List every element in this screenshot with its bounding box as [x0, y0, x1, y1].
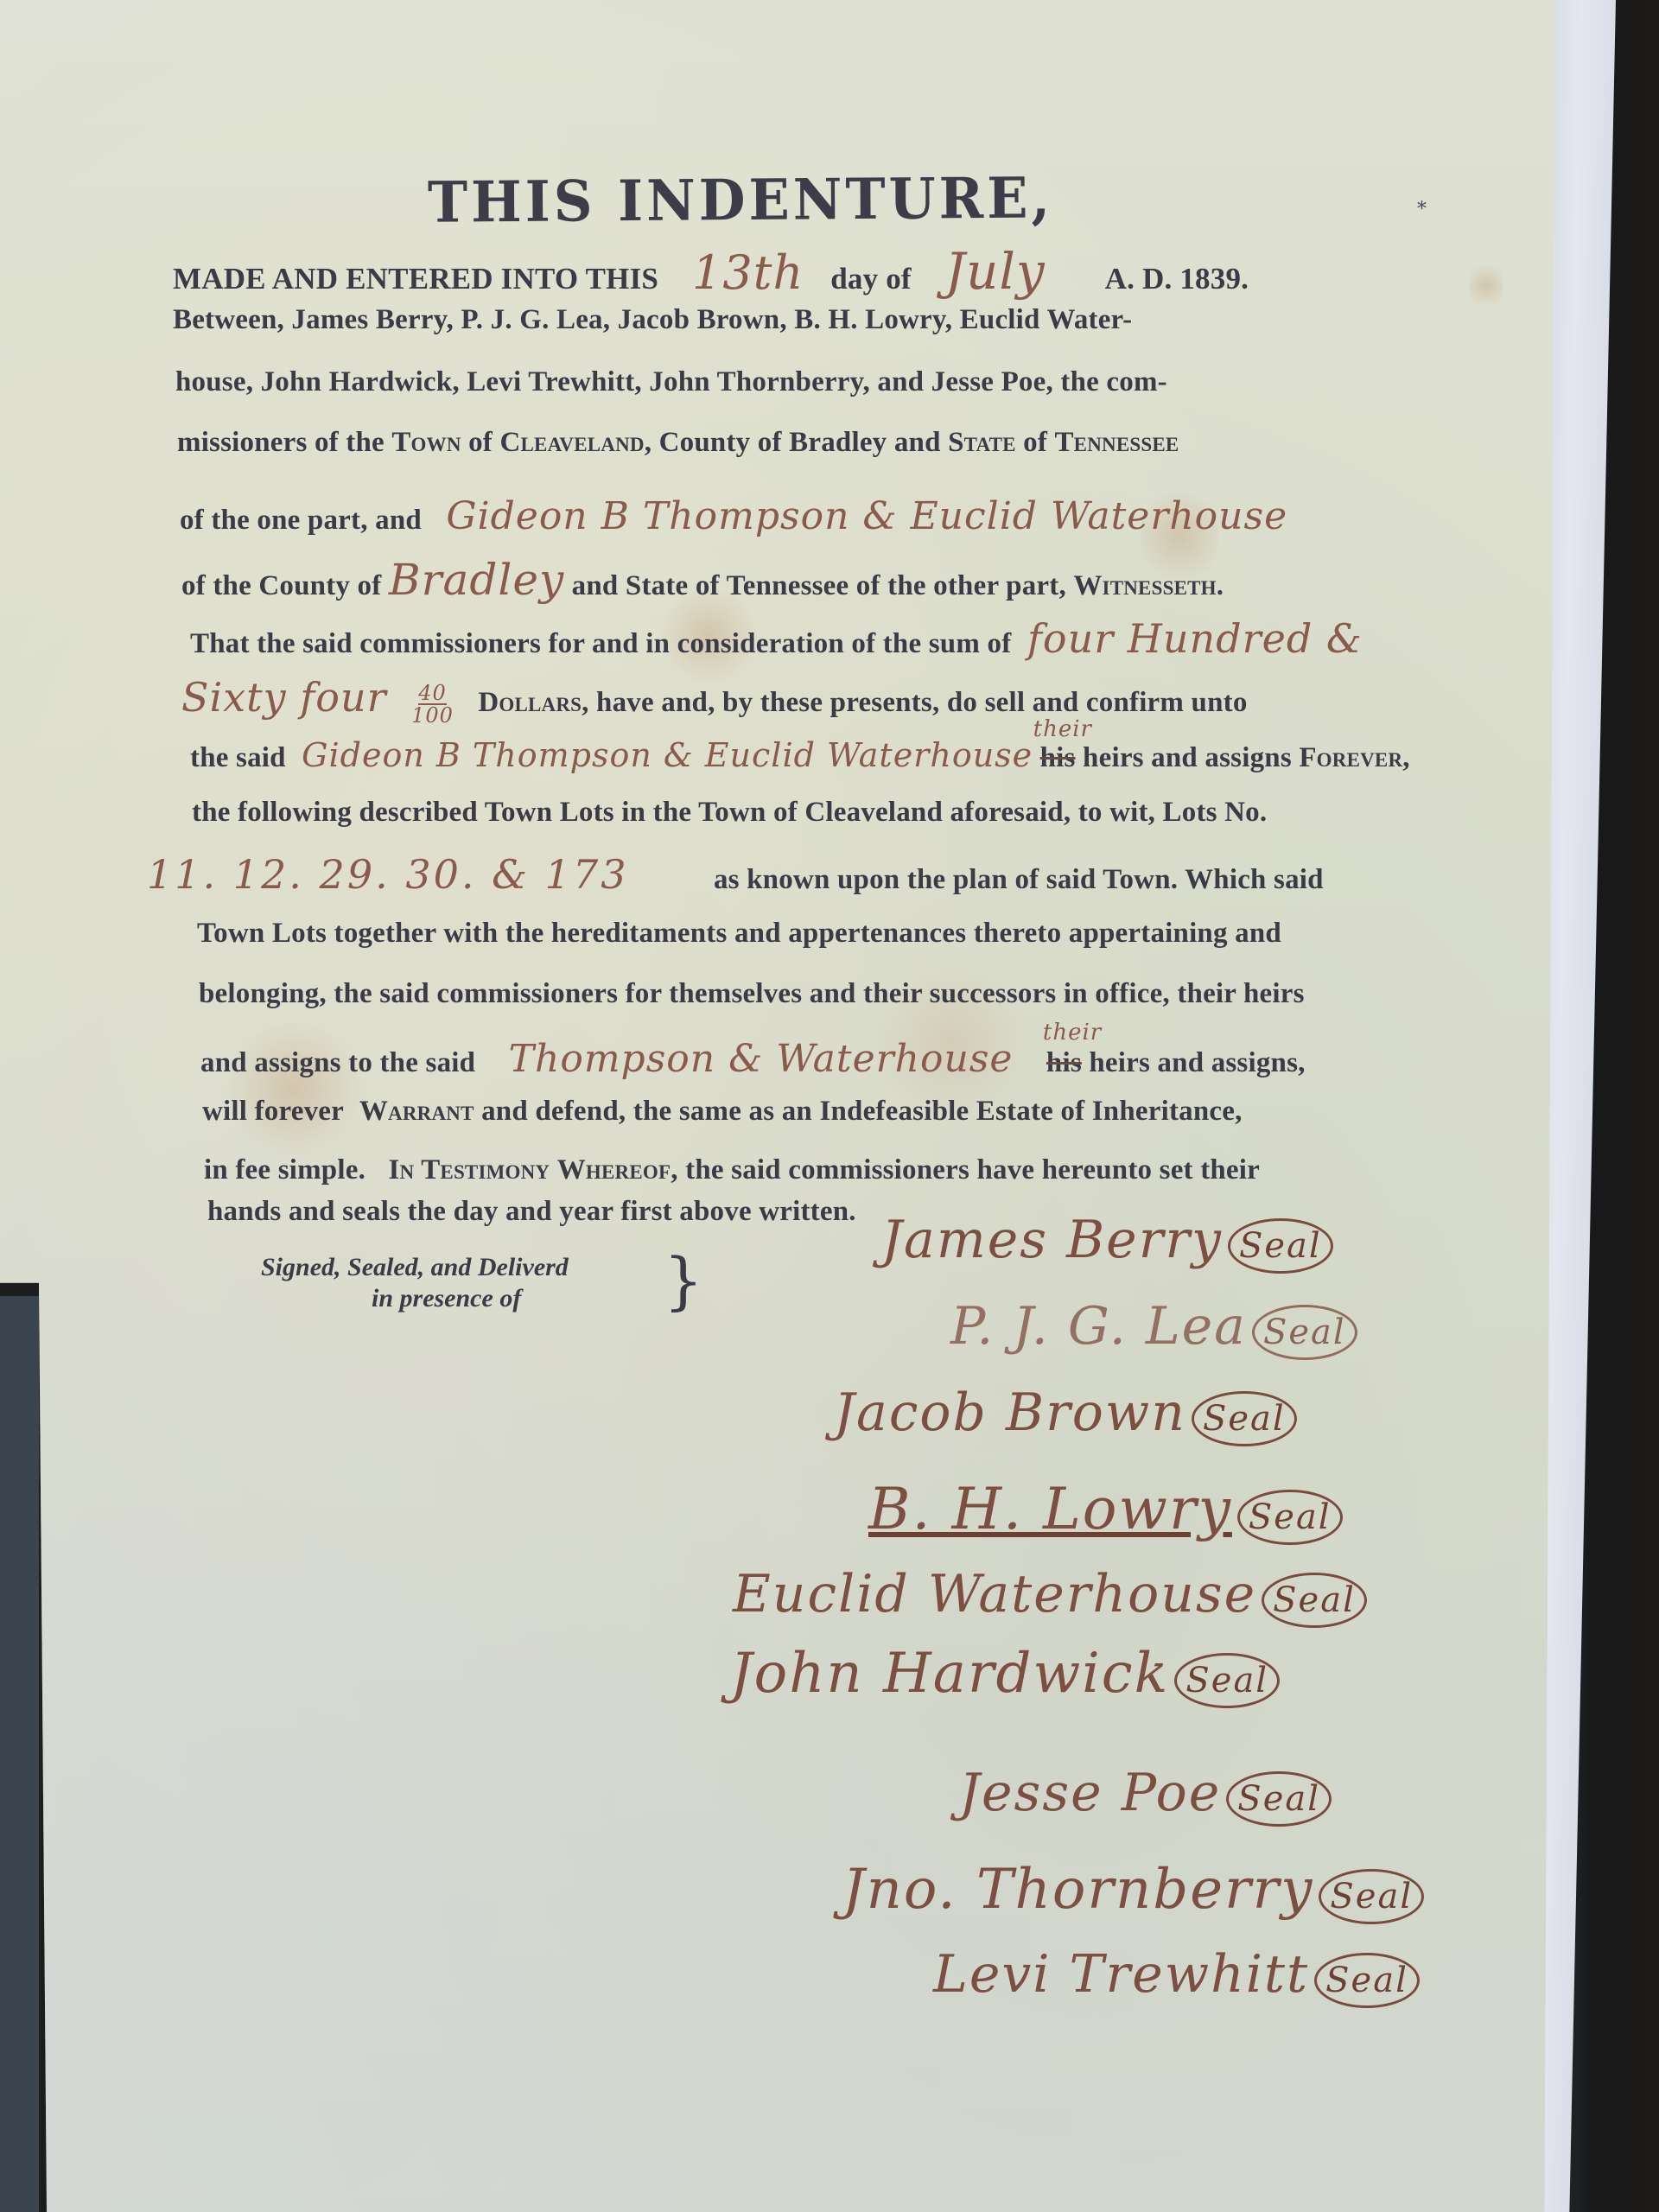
seal-mark: Seal — [1228, 1218, 1333, 1274]
handwritten-grantees: Gideon B Thompson & Euclid Waterhouse — [446, 494, 1287, 538]
signature-levi-trewhitt: Levi TrewhittSeal — [933, 1944, 1420, 2008]
attestation-presence: in presence of — [372, 1284, 521, 1313]
line-between-parties: Between, James Berry, P. J. G. Lea, Jaco… — [173, 304, 1132, 336]
seal-mark: Seal — [1314, 1953, 1420, 2008]
seal-mark: Seal — [1319, 1869, 1424, 1924]
line-commissioners-names: house, John Hardwick, Levi Trewhitt, Joh… — [175, 366, 1167, 398]
handwritten-month: July — [945, 242, 1046, 301]
handwritten-grantees-3: Thompson & Waterhouse — [509, 1037, 1014, 1081]
line-town-lots: the following described Town Lots in the… — [192, 797, 1267, 829]
seal-mark: Seal — [1252, 1305, 1357, 1360]
seal-mark: Seal — [1226, 1771, 1332, 1827]
struck-his-2: his — [1046, 1047, 1082, 1078]
handwritten-sum-cont: Sixty four — [181, 674, 387, 721]
seal-mark: Seal — [1192, 1391, 1297, 1446]
handwritten-insert-their: their — [1033, 716, 1092, 742]
signature-jacob-brown: Jacob BrownSeal — [834, 1382, 1297, 1446]
document-content: THIS INDENTURE, * MADE AND ENTERED INTO … — [0, 0, 1555, 2212]
struck-his: his — [1040, 742, 1076, 773]
line-successors: belonging, the said commissioners for th… — [199, 978, 1305, 1010]
signature-james-berry: James BerrySeal — [881, 1210, 1333, 1274]
attestation-brace: } — [664, 1244, 703, 1317]
handwritten-county: Bradley — [389, 555, 564, 605]
asterisk-ornament: * — [1417, 199, 1427, 220]
line-testimony: in fee simple. In Testimony Whereof, the… — [204, 1154, 1260, 1186]
document-title: THIS INDENTURE, — [428, 165, 1054, 236]
signature-jesse-poe: Jesse PoeSeal — [959, 1763, 1332, 1827]
handwritten-sum: four Hundred & — [1027, 615, 1363, 662]
seal-mark: Seal — [1237, 1490, 1343, 1545]
seal-mark: Seal — [1174, 1653, 1280, 1708]
signature-euclid-waterhouse: Euclid WaterhouseSeal — [733, 1564, 1367, 1628]
line-warrant: will forever Warrant and defend, the sam… — [202, 1096, 1243, 1128]
signature-bh-lowry: B. H. LowrySeal — [868, 1476, 1343, 1545]
line-lot-numbers: 11. 12. 29. 30. & 173 as known upon the … — [147, 851, 1324, 898]
line-made-and-entered: MADE AND ENTERED INTO THIS 13th day of J… — [173, 242, 1249, 301]
line-hereditaments: Town Lots together with the hereditament… — [197, 918, 1281, 950]
signature-pjg-lea: P. J. G. LeaSeal — [950, 1296, 1357, 1360]
line-one-part: of the one part, and Gideon B Thompson &… — [180, 494, 1287, 538]
handwritten-day: 13th — [692, 245, 804, 300]
handwritten-lot-numbers: 11. 12. 29. 30. & 173 — [147, 851, 628, 898]
line-assigns-to-said: and assigns to the said Thompson & Water… — [200, 1037, 1306, 1081]
handwritten-cents-fraction: 40 100 — [411, 683, 454, 726]
handwritten-grantees-2: Gideon B Thompson & Euclid Waterhouse — [302, 736, 1033, 774]
line-hands-and-seals: hands and seals the day and year first a… — [207, 1196, 856, 1228]
line-consideration: That the said commissioners for and in c… — [190, 615, 1363, 662]
signature-john-hardwick: John HardwickSeal — [730, 1642, 1280, 1708]
seal-mark: Seal — [1262, 1573, 1367, 1628]
line-the-said-grantees: the said Gideon B Thompson & Euclid Wate… — [190, 736, 1410, 774]
handwritten-insert-their-2: their — [1043, 1020, 1102, 1046]
attestation-signed-sealed: Signed, Sealed, and Deliverd — [261, 1253, 569, 1282]
line-town-county-state: missioners of the Town of Cleaveland, Co… — [177, 427, 1179, 459]
line-county-witnesseth: of the County of Bradley and State of Te… — [181, 555, 1224, 605]
signature-jno-thornberry: Jno. ThornberrySeal — [842, 1858, 1424, 1924]
